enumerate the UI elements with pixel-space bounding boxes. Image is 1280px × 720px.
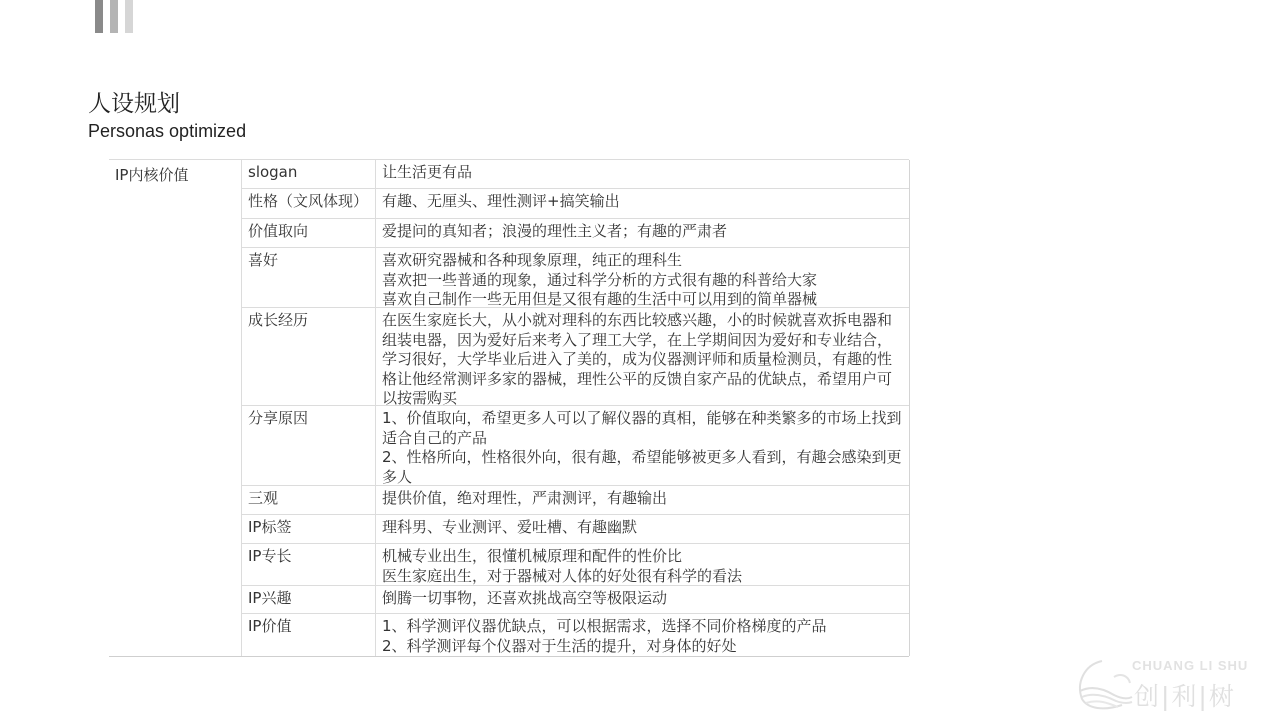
row-value: 机械专业出生，很懂机械原理和配件的性价比 医生家庭出生，对于器械对人体的好处很有… <box>376 544 909 585</box>
table-row: 分享原因1、价值取向，希望更多人可以了解仪器的真相，能够在种类繁多的市场上找到适… <box>242 406 909 486</box>
page-subtitle: Personas optimized <box>88 121 246 142</box>
table-row: 成长经历在医生家庭长大，从小就对理科的东西比较感兴趣，小的时候就喜欢拆电器和组装… <box>242 308 909 406</box>
table-row: IP专长机械专业出生，很懂机械原理和配件的性价比 医生家庭出生，对于器械对人体的… <box>242 544 909 586</box>
row-key: IP价值 <box>242 614 376 656</box>
table-rows: slogan让生活更有品性格（文风体现）有趣、无厘头、理性测评+搞笑输出价值取向… <box>241 160 910 656</box>
logo-text-cn: 创|利|树 <box>1134 677 1236 713</box>
table-row: 价值取向爱提问的真知者；浪漫的理性主义者；有趣的严肃者 <box>242 219 909 248</box>
row-value: 倒腾一切事物，还喜欢挑战高空等极限运动 <box>376 586 909 613</box>
wave-logo-icon <box>1074 655 1134 715</box>
row-key: slogan <box>242 160 376 188</box>
logo-text-en: CHUANG LI SHU <box>1132 658 1248 673</box>
table-row: IP兴趣倒腾一切事物，还喜欢挑战高空等极限运动 <box>242 586 909 614</box>
decorative-bar <box>110 0 118 33</box>
row-value: 喜欢研究器械和各种现象原理，纯正的理科生 喜欢把一些普通的现象，通过科学分析的方… <box>376 248 909 307</box>
row-key: 喜好 <box>242 248 376 307</box>
row-value: 有趣、无厘头、理性测评+搞笑输出 <box>376 189 909 218</box>
persona-table: IP内核价值 slogan让生活更有品性格（文风体现）有趣、无厘头、理性测评+搞… <box>109 159 909 657</box>
table-row: slogan让生活更有品 <box>242 160 909 189</box>
page-title: 人设规划 <box>88 85 180 118</box>
table-row: 性格（文风体现）有趣、无厘头、理性测评+搞笑输出 <box>242 189 909 219</box>
row-value: 让生活更有品 <box>376 160 909 188</box>
row-value: 提供价值，绝对理性，严肃测评，有趣输出 <box>376 486 909 514</box>
row-value: 1、价值取向，希望更多人可以了解仪器的真相，能够在种类繁多的市场上找到适合自己的… <box>376 406 909 485</box>
decorative-bar <box>95 0 103 33</box>
row-key: IP专长 <box>242 544 376 585</box>
row-key: 三观 <box>242 486 376 514</box>
row-value: 爱提问的真知者；浪漫的理性主义者；有趣的严肃者 <box>376 219 909 247</box>
row-key: 分享原因 <box>242 406 376 485</box>
table-row: IP价值1、科学测评仪器优缺点，可以根据需求，选择不同价格梯度的产品 2、科学测… <box>242 614 909 656</box>
row-value: 1、科学测评仪器优缺点，可以根据需求，选择不同价格梯度的产品 2、科学测评每个仪… <box>376 614 909 656</box>
row-value: 理科男、专业测评、爱吐槽、有趣幽默 <box>376 515 909 543</box>
row-key: IP标签 <box>242 515 376 543</box>
table-row: IP标签理科男、专业测评、爱吐槽、有趣幽默 <box>242 515 909 544</box>
row-key: IP兴趣 <box>242 586 376 613</box>
row-key: 价值取向 <box>242 219 376 247</box>
row-key: 成长经历 <box>242 308 376 405</box>
row-key: 性格（文风体现） <box>242 189 376 218</box>
table-row: 喜好喜欢研究器械和各种现象原理，纯正的理科生 喜欢把一些普通的现象，通过科学分析… <box>242 248 909 308</box>
decorative-bars <box>95 0 133 33</box>
decorative-bar <box>125 0 133 33</box>
row-value: 在医生家庭长大，从小就对理科的东西比较感兴趣，小的时候就喜欢拆电器和组装电器，因… <box>376 308 909 405</box>
group-label: IP内核价值 <box>115 164 188 185</box>
brand-logo: CHUANG LI SHU 创|利|树 <box>1074 655 1274 715</box>
table-row: 三观提供价值，绝对理性，严肃测评，有趣输出 <box>242 486 909 515</box>
